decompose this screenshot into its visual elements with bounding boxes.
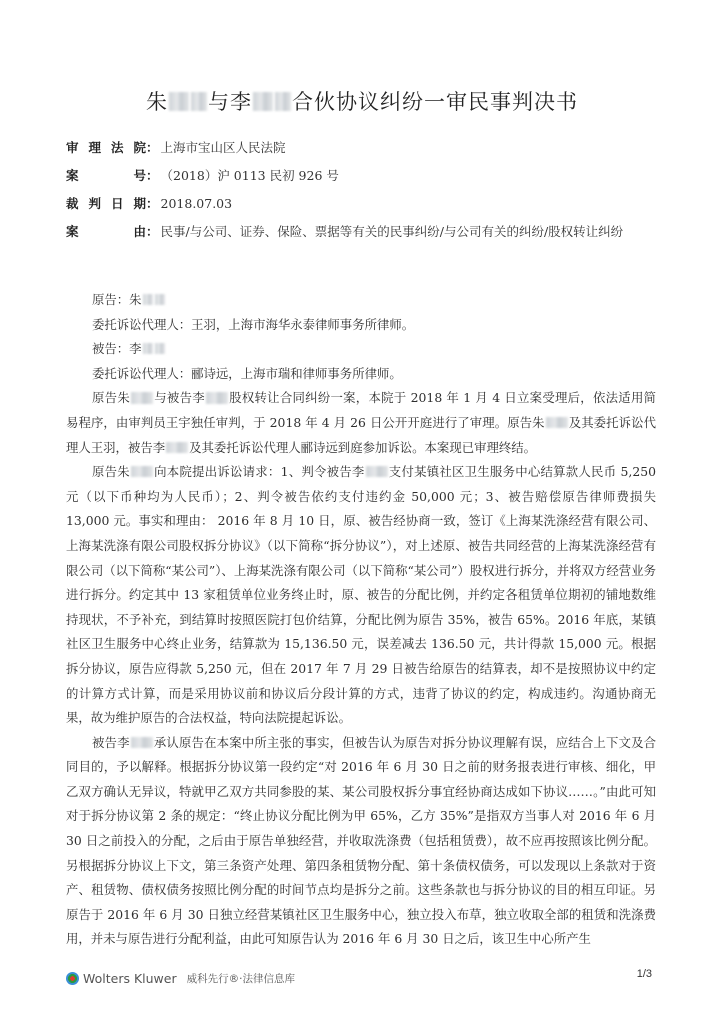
text-run: 被告李	[92, 735, 130, 750]
meta-label: 案 由	[66, 222, 146, 240]
colon: ：	[146, 138, 159, 156]
brand-subtitle: 威科先行®·法律信息库	[187, 971, 295, 986]
meta-label: 审 理 法 院	[66, 138, 146, 156]
redacted-name	[143, 294, 153, 305]
meta-judgment-date: 裁 判 日 期 ： 2018.07.03	[66, 189, 706, 217]
cause-value: 民事/与公司、证券、保险、票据等有关的民事纠纷/与公司有关的纠纷/股权转让纠纷	[161, 222, 624, 240]
label-char: 理	[88, 138, 101, 156]
label-char: 裁	[66, 194, 79, 212]
redacted-name	[191, 92, 207, 111]
label-char: 由	[133, 222, 146, 240]
colon: ：	[146, 166, 159, 184]
text-run: 原告朱	[92, 390, 130, 405]
defendant-agent-line: 委托诉讼代理人：郦诗远，上海市瑞和律师事务所律师。	[66, 362, 656, 387]
redacted-name	[131, 466, 153, 477]
label-char: 判	[88, 194, 101, 212]
title-prefix: 朱	[146, 90, 168, 114]
redacted-name	[546, 417, 568, 428]
plaintiff-agent-line: 委托诉讼代理人：王羽，上海市海华永泰律师事务所律师。	[66, 313, 656, 338]
text-run: 与被告李	[154, 390, 205, 405]
redacted-name	[166, 442, 188, 453]
colon: ：	[146, 194, 159, 212]
label-char: 案	[66, 166, 79, 184]
document-title: 朱与李合伙协议纠纷一审民事判决书	[0, 86, 724, 116]
redacted-name	[131, 737, 153, 748]
label-char: 期	[133, 194, 146, 212]
meta-case-number: 案 号 ： （2018）沪 0113 民初 926 号	[66, 161, 706, 189]
label-char: 院	[133, 138, 146, 156]
case-metadata: 审 理 法 院 ： 上海市宝山区人民法院 案 号 ： （2018）沪 0113 …	[66, 133, 706, 245]
text-run: 承认原告在本案中所主张的事实，但被告认为原告对拆分协议理解有误，应结合上下文及合…	[66, 735, 656, 947]
meta-cause: 案 由 ： 民事/与公司、证券、保险、票据等有关的民事纠纷/与公司有关的纠纷/股…	[66, 217, 706, 245]
redacted-name	[275, 92, 291, 111]
judgment-date-value: 2018.07.03	[161, 196, 233, 211]
label-char: 案	[66, 222, 79, 240]
redacted-name	[155, 294, 165, 305]
defendant-label: 被告：李	[92, 341, 142, 356]
judgment-body: 原告：朱 委托诉讼代理人：王羽，上海市海华永泰律师事务所律师。 被告：李 委托诉…	[66, 288, 656, 952]
redacted-name	[155, 343, 165, 354]
label-char: 日	[111, 194, 124, 212]
meta-label: 案 号	[66, 166, 146, 184]
plaintiff-line: 原告：朱	[66, 288, 656, 313]
text-run: 支付某镇社区卫生服务中心结算款人民币 5,250 元（以下币种均为人民币）；2、…	[66, 464, 656, 725]
paragraph-plaintiff-claims: 原告朱向本院提出诉讼请求：1、判令被告李支付某镇社区卫生服务中心结算款人民币 5…	[66, 460, 656, 731]
paragraph-procedure: 原告朱与被告李股权转让合同纠纷一案，本院于 2018 年 1 月 4 日立案受理…	[66, 386, 656, 460]
defendant-line: 被告：李	[66, 337, 656, 362]
redacted-name	[131, 392, 153, 403]
wolters-kluwer-logo-icon	[66, 972, 79, 985]
redacted-name	[143, 343, 153, 354]
page-number: 1/3	[637, 968, 652, 980]
title-suffix: 合伙协议纠纷一审民事判决书	[292, 90, 578, 114]
court-value: 上海市宝山区人民法院	[161, 138, 286, 156]
redacted-name	[206, 392, 228, 403]
paragraph-defendant-response: 被告李承认原告在本案中所主张的事实，但被告认为原告对拆分协议理解有误，应结合上下…	[66, 731, 656, 952]
brand-name: Wolters Kluwer	[83, 971, 177, 986]
text-run: 向本院提出诉讼请求：1、判令被告李	[154, 464, 365, 479]
label-char: 审	[66, 138, 79, 156]
redacted-name	[253, 92, 273, 111]
redacted-name	[169, 92, 189, 111]
plaintiff-label: 原告：朱	[92, 292, 142, 307]
text-run: 及其委托诉讼代理人郦诗远到庭参加诉讼。本案现已审理终结。	[189, 440, 536, 455]
case-number-value: （2018）沪 0113 民初 926 号	[161, 166, 339, 184]
title-mid: 与李	[208, 90, 252, 114]
label-char: 号	[133, 166, 146, 184]
label-char: 法	[111, 138, 124, 156]
redacted-name	[366, 466, 388, 477]
colon: ：	[146, 222, 159, 240]
meta-label: 裁 判 日 期	[66, 194, 146, 212]
text-run: 原告朱	[92, 464, 130, 479]
meta-court: 审 理 法 院 ： 上海市宝山区人民法院	[66, 133, 706, 161]
footer: Wolters Kluwer 威科先行®·法律信息库	[66, 967, 666, 989]
